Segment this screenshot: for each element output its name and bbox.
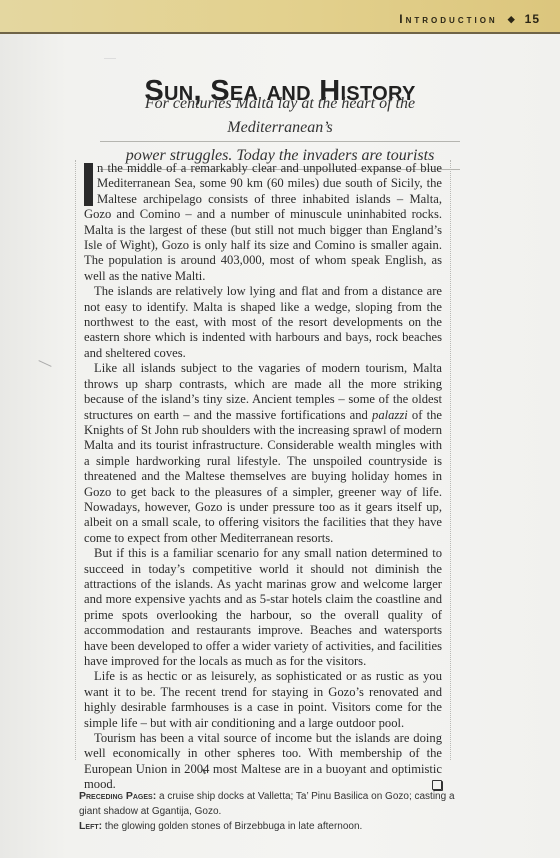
caption-label: Left: bbox=[79, 820, 102, 832]
paragraph-4: But if this is a familiar scenario for a… bbox=[84, 546, 442, 669]
caption-label: Preceding Pages: bbox=[79, 790, 156, 802]
running-header-band: Introduction ◆ 15 bbox=[0, 0, 560, 34]
paragraph-text: Tourism has been a vital source of incom… bbox=[84, 731, 442, 791]
caption-text: the glowing golden stones of Birzebbuga … bbox=[102, 821, 362, 832]
paragraph-1: n the middle of a remarkably clear and u… bbox=[84, 161, 442, 284]
left-column-guide bbox=[75, 160, 76, 760]
dropcap-block bbox=[84, 163, 93, 206]
paragraph-2: The islands are relatively low lying and… bbox=[84, 284, 442, 361]
italic-term: palazzi bbox=[372, 408, 408, 422]
running-head: Introduction ◆ 15 bbox=[399, 12, 540, 26]
page-number: 15 bbox=[525, 12, 540, 26]
caption-left: Left: the glowing golden stones of Birze… bbox=[79, 819, 459, 835]
standfirst: For centuries Malta lay at the heart of … bbox=[100, 92, 460, 172]
paragraph-text: n the middle of a remarkably clear and u… bbox=[84, 161, 442, 283]
diamond-separator-icon: ◆ bbox=[508, 14, 515, 25]
standfirst-line-1: For centuries Malta lay at the heart of … bbox=[100, 92, 460, 142]
paper-mark bbox=[104, 58, 116, 59]
paragraph-5: Life is as hectic or as leisurely, as so… bbox=[84, 669, 442, 731]
section-name: Introduction bbox=[399, 12, 497, 26]
paragraph-6: Tourism has been a vital source of incom… bbox=[84, 731, 442, 793]
paragraph-text: of the Knights of St John rub shoulders … bbox=[84, 408, 442, 545]
photo-captions: Preceding Pages: a cruise ship docks at … bbox=[79, 789, 459, 835]
paragraph-3: Like all islands subject to the vagaries… bbox=[84, 361, 442, 546]
right-column-guide bbox=[450, 160, 451, 760]
article-body: n the middle of a remarkably clear and u… bbox=[84, 161, 442, 793]
caption-preceding-pages: Preceding Pages: a cruise ship docks at … bbox=[79, 789, 459, 819]
